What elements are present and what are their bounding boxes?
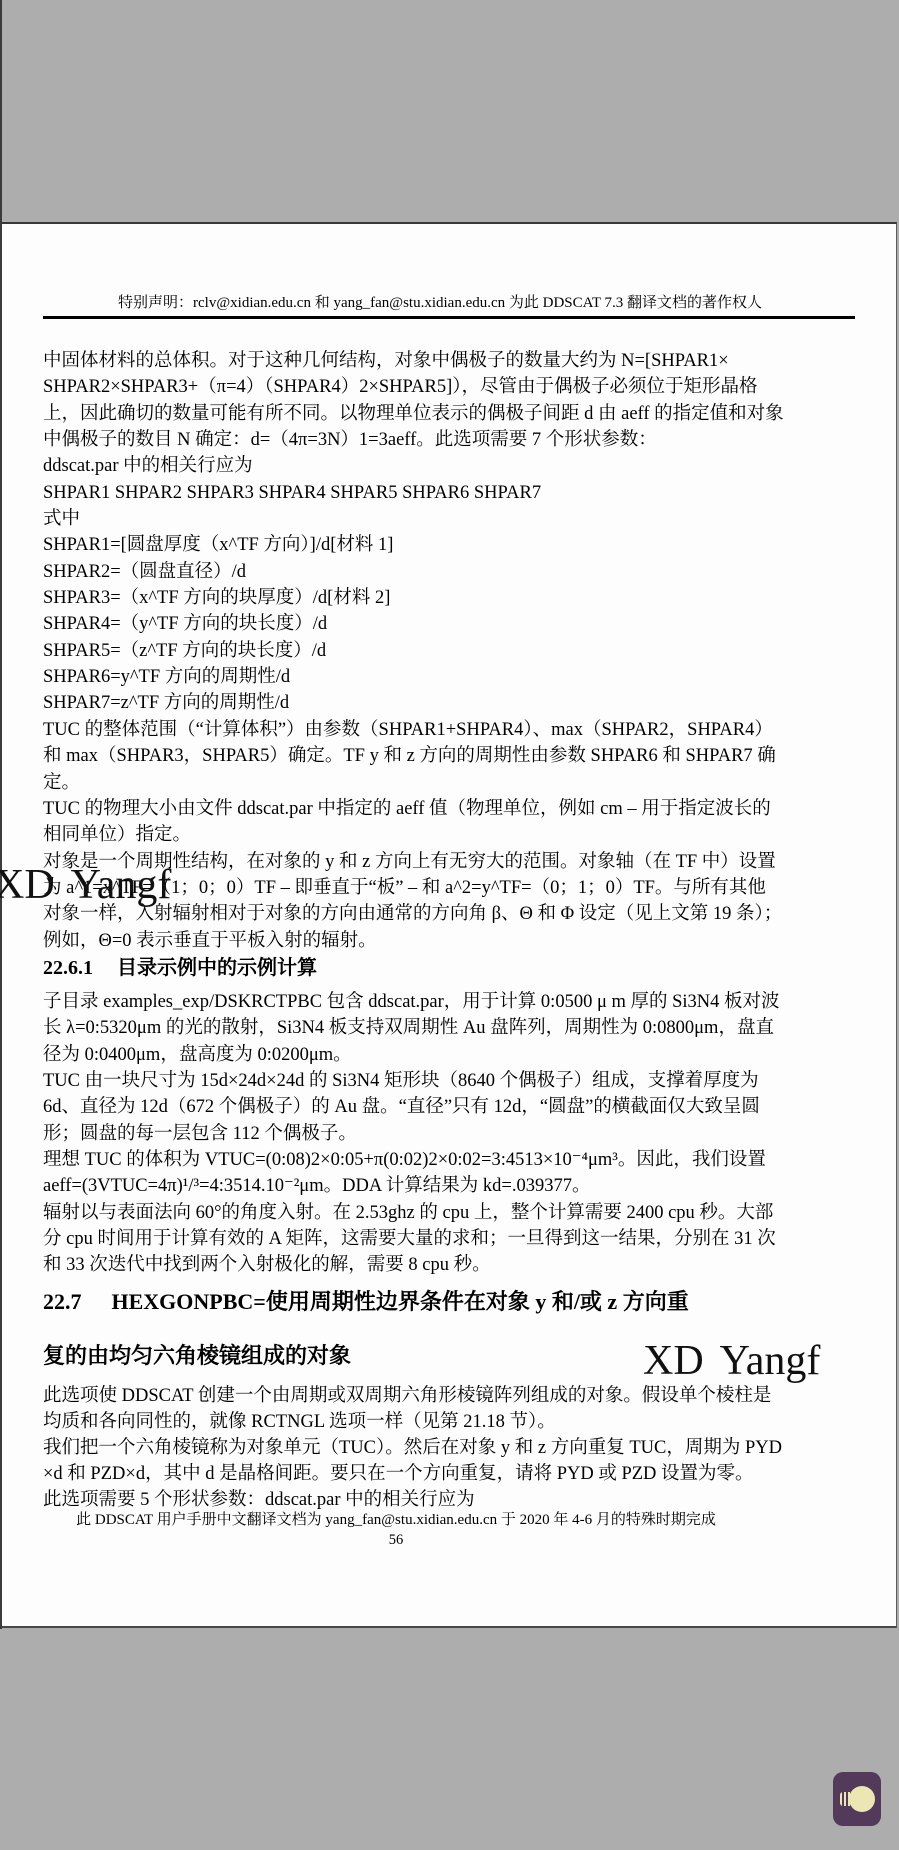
document-page: 特别声明：rclv@xidian.edu.cn 和 yang_fan@stu.x… [2, 222, 897, 1628]
body-line: SHPAR1=[圆盘厚度（x^TF 方向）]/d[材料 1] [43, 532, 857, 558]
section-heading-22-7-line1: 22.7HEXGONPBC=使用周期性边界条件在对象 y 和/或 z 方向重 [43, 1288, 857, 1316]
body-line: 我们把一个六角棱镜称为对象单元（TUC）。然后在对象 y 和 z 方向重复 TU… [43, 1435, 857, 1461]
lightbulb-icon [833, 1772, 881, 1826]
section-heading-22-6-1: 22.6.1目录示例中的示例计算 [43, 955, 857, 982]
header-rule [43, 316, 855, 319]
paragraph-block-1: 中固体材料的总体积。对于这种几何结构，对象中偶极子的数量大约为 N=[SHPAR… [43, 348, 857, 954]
body-line: SHPAR7=z^TF 方向的周期性/d [43, 690, 857, 716]
body-line: 和 33 次迭代中找到两个入射极化的解，需要 8 cpu 秒。 [43, 1252, 857, 1278]
body-line: 为 a^1=x^TF=（1；0；0）TF – 即垂直于“板” – 和 a^2=y… [43, 875, 857, 901]
section-heading-22-7-line2: 复的由均匀六角棱镜组成的对象 [43, 1342, 857, 1370]
body-line: 定。 [43, 770, 857, 796]
paragraph-block-2: 子目录 examples_exp/DSKRCTPBC 包含 ddscat.par… [43, 989, 857, 1279]
body-line: 均质和各向同性的，就像 RCTNGL 选项一样（见第 21.18 节）。 [43, 1409, 857, 1435]
lightbulb-fab-button[interactable] [833, 1772, 881, 1826]
body-line: ×d 和 PZD×d，其中 d 是晶格间距。要只在一个方向重复，请将 PYD 或… [43, 1461, 857, 1487]
lightbulb-globe [849, 1786, 875, 1812]
body-line: 中固体材料的总体积。对于这种几何结构，对象中偶极子的数量大约为 N=[SHPAR… [43, 348, 857, 374]
paragraph-block-3: 此选项使 DDSCAT 创建一个由周期或双周期六角形棱镜阵列组成的对象。假设单个… [43, 1383, 857, 1513]
page-header-declaration: 特别声明：rclv@xidian.edu.cn 和 yang_fan@stu.x… [22, 292, 858, 314]
section-number: 22.7 [43, 1289, 82, 1314]
body-line: 长 λ=0:5320μm 的光的散射，Si3N4 板支持双周期性 Au 盘阵列，… [43, 1015, 857, 1041]
body-line: 对象是一个周期性结构，在对象的 y 和 z 方向上有无穷大的范围。对象轴（在 T… [43, 849, 857, 875]
body-line: SHPAR3=（x^TF 方向的块厚度）/d[材料 2] [43, 585, 857, 611]
body-line: ddscat.par 中的相关行应为 [43, 453, 857, 479]
body-line: 形；圆盘的每一层包含 112 个偶极子。 [43, 1121, 857, 1147]
body-line: SHPAR5=（z^TF 方向的块长度）/d [43, 638, 857, 664]
body-line: 此选项使 DDSCAT 创建一个由周期或双周期六角形棱镜阵列组成的对象。假设单个… [43, 1383, 857, 1409]
body-line: 理想 TUC 的体积为 VTUC=(0:08)2×0:05+π(0:02)2×0… [43, 1147, 857, 1173]
page-body: 中固体材料的总体积。对于这种几何结构，对象中偶极子的数量大约为 N=[SHPAR… [43, 348, 857, 1550]
body-line: TUC 由一块尺寸为 15d×24d×24d 的 Si3N4 矩形块（8640 … [43, 1068, 857, 1094]
body-line: TUC 的整体范围（“计算体积”）由参数（SHPAR1+SHPAR4）、max（… [43, 717, 857, 743]
body-line: 相同单位）指定。 [43, 822, 857, 848]
body-line: SHPAR4=（y^TF 方向的块长度）/d [43, 611, 857, 637]
body-line: 分 cpu 时间用于计算有效的 A 矩阵，这需要大量的求和；一旦得到这一结果，分… [43, 1226, 857, 1252]
body-line: TUC 的物理大小由文件 ddscat.par 中指定的 aeff 值（物理单位… [43, 796, 857, 822]
body-line: 上，因此确切的数量可能有所不同。以物理单位表示的偶极子间距 d 由 aeff 的… [43, 401, 857, 427]
body-line: SHPAR2×SHPAR3+（π=4）（SHPAR4）2×SHPAR5]），尽管… [43, 374, 857, 400]
page-number: 56 [0, 1531, 803, 1550]
body-line: 径为 0:0400μm，盘高度为 0:0200μm。 [43, 1042, 857, 1068]
footer-translation-note: 此 DDSCAT 用户手册中文翻译文档为 yang_fan@stu.xidian… [0, 1510, 803, 1530]
pdf-viewer: 特别声明：rclv@xidian.edu.cn 和 yang_fan@stu.x… [0, 0, 899, 1850]
section-title: 目录示例中的示例计算 [117, 957, 317, 979]
body-line: 和 max（SHPAR3，SHPAR5）确定。TF y 和 z 方向的周期性由参… [43, 743, 857, 769]
body-line: 式中 [43, 506, 857, 532]
body-line: SHPAR1 SHPAR2 SHPAR3 SHPAR4 SHPAR5 SHPAR… [43, 480, 857, 506]
body-line: 6d、直径为 12d（672 个偶极子）的 Au 盘。“直径”只有 12d，“圆… [43, 1094, 857, 1120]
section-title: HEXGONPBC=使用周期性边界条件在对象 y 和/或 z 方向重 [112, 1289, 689, 1314]
body-line: SHPAR2=（圆盘直径）/d [43, 559, 857, 585]
body-line: aeff=(3VTUC=4π)¹/³=4:3514.10⁻²μm。DDA 计算结… [43, 1173, 857, 1199]
body-line: 例如，Θ=0 表示垂直于平板入射的辐射。 [43, 928, 857, 954]
body-line: 辐射以与表面法向 60°的角度入射。在 2.53ghz 的 cpu 上，整个计算… [43, 1200, 857, 1226]
body-line: SHPAR6=y^TF 方向的周期性/d [43, 664, 857, 690]
body-line: 中偶极子的数目 N 确定：d=（4π=3N）1=3aeff。此选项需要 7 个形… [43, 427, 857, 453]
body-line: 子目录 examples_exp/DSKRCTPBC 包含 ddscat.par… [43, 989, 857, 1015]
body-line: 对象一样，入射辐射相对于对象的方向由通常的方向角 β、Θ 和 Φ 设定（见上文第… [43, 901, 857, 927]
section-number: 22.6.1 [43, 957, 93, 979]
